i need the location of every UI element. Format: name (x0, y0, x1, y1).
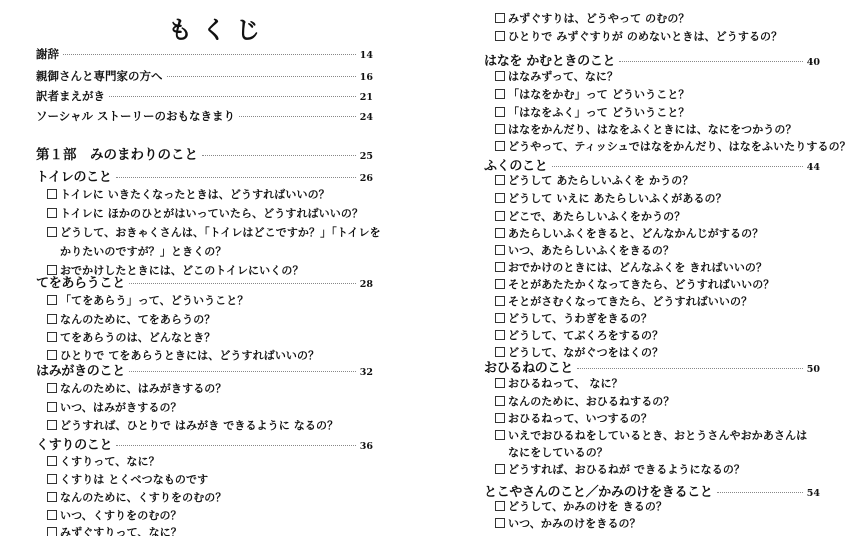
checkbox-icon[interactable] (495, 262, 505, 272)
checkbox-icon[interactable] (495, 141, 505, 151)
checkbox-icon[interactable] (495, 279, 505, 289)
list-item[interactable]: はなみずって、なに？ (495, 68, 618, 84)
list-item[interactable]: おひるねって、 なに？ (495, 375, 623, 391)
dot-leader (577, 368, 803, 369)
list-item[interactable]: はなをかんだり、はなをふくときには、なにをつかうの？ (495, 121, 797, 137)
list-item[interactable]: どうすれば、おひるねが できるようになるの？ (495, 461, 745, 477)
toc-section-handwashing[interactable]: てをあらうこと 28 (36, 272, 373, 291)
list-item[interactable]: なんのために、てをあらうの？ (47, 311, 215, 327)
list-item[interactable]: いつ、くすりをのむの？ (47, 507, 182, 523)
section-label: はなを かむときのこと (484, 50, 615, 69)
list-item[interactable]: おでかけのときには、どんなふくを きればいいの？ (495, 259, 767, 275)
dot-leader (129, 283, 356, 284)
toc-label: 訳者まえがき (36, 88, 105, 104)
dot-leader (109, 96, 356, 97)
toc-entry-social-story-rules[interactable]: ソーシャル ストーリーのおもなきまり 24 (36, 108, 373, 124)
list-item[interactable]: あたらしいふくをきると、どんなかんじがするの？ (495, 225, 763, 241)
list-item[interactable]: どうやって、ティッシュではなをかんだり、はなをふいたりするの？ (495, 138, 851, 154)
list-item[interactable]: いえでおひるねをしているとき、おとうさんやおかあさんは (495, 427, 807, 443)
checkbox-icon[interactable] (495, 71, 505, 81)
page-number: 54 (807, 488, 820, 499)
checkbox-icon[interactable] (47, 189, 57, 199)
list-item[interactable]: なんのために、おひるねするの？ (495, 393, 675, 409)
page-number: 24 (360, 112, 373, 123)
dot-leader (116, 177, 356, 178)
checkbox-icon[interactable] (47, 492, 57, 502)
list-item[interactable]: どうして、おきゃくさんは、「トイレはどこですか？」「トイレを (47, 224, 381, 240)
list-item[interactable]: 「てをあらう」って、どういうこと？ (47, 292, 248, 308)
page-number: 28 (360, 279, 373, 290)
list-item-continuation: かりたいのですが？」ときくの？ (47, 243, 227, 259)
checkbox-icon[interactable] (495, 313, 505, 323)
page-number: 32 (360, 367, 373, 378)
dot-leader (116, 445, 356, 446)
checkbox-icon[interactable] (495, 378, 505, 388)
page-number: 21 (360, 92, 373, 103)
checkbox-icon[interactable] (495, 464, 505, 474)
section-label: おひるねのこと (484, 357, 573, 376)
page-number: 40 (807, 57, 820, 68)
checkbox-icon[interactable] (47, 295, 57, 305)
list-item[interactable]: そとがあたたかくなってきたら、どうすればいいの？ (495, 276, 774, 292)
toc-entry-for-parents[interactable]: 親御さんと専門家の方へ 16 (36, 68, 373, 84)
checkbox-icon[interactable] (495, 107, 505, 117)
list-item[interactable]: どこで、あたらしいふくをかうの？ (495, 208, 685, 224)
dot-leader (129, 371, 356, 372)
toc-part-1[interactable]: 第１部 みのまわりのこと 25 (36, 143, 373, 163)
checkbox-icon[interactable] (495, 193, 505, 203)
checkbox-icon[interactable] (47, 456, 57, 466)
left-page: もくじ 謝辞 14 親御さんと専門家の方へ 16 訳者まえがき 21 ソーシャル… (0, 0, 428, 536)
toc-section-nose-blowing[interactable]: はなを かむときのこと 40 (484, 50, 820, 69)
checkbox-icon[interactable] (495, 296, 505, 306)
dot-leader (63, 54, 356, 55)
checkbox-icon[interactable] (47, 420, 57, 430)
checkbox-icon[interactable] (47, 474, 57, 484)
part-label: 第１部 みのまわりのこと (36, 143, 198, 163)
list-item-continuation: なにをしているの？ (495, 444, 608, 460)
checkbox-icon[interactable] (495, 347, 505, 357)
list-item[interactable]: なんのために、くすりをのむの？ (47, 489, 227, 505)
list-item[interactable]: てをあらうのは、どんなとき？ (47, 329, 215, 345)
toc-section-medicine[interactable]: くすりのこと 36 (36, 434, 373, 453)
checkbox-icon[interactable] (495, 228, 505, 238)
list-item[interactable]: どうすれば、ひとりで はみがき できるように なるの？ (47, 417, 338, 433)
checkbox-icon[interactable] (495, 501, 505, 511)
checkbox-icon[interactable] (495, 211, 505, 221)
checkbox-icon[interactable] (495, 124, 505, 134)
toc-entry-acknowledgements[interactable]: 謝辞 14 (36, 46, 373, 62)
list-item[interactable]: いつ、かみのけをきるの？ (495, 515, 641, 531)
page-number: 14 (360, 50, 373, 61)
list-item[interactable]: いつ、はみがきするの？ (47, 399, 182, 415)
toc-label: 謝辞 (36, 46, 59, 62)
checkbox-icon[interactable] (47, 402, 57, 412)
list-item[interactable]: どうして いえに あたらしいふくがあるの？ (495, 190, 727, 206)
checkbox-icon[interactable] (495, 413, 505, 423)
list-item[interactable]: どうして、かみのけを きるの？ (495, 498, 667, 514)
dot-leader (167, 76, 356, 77)
checkbox-icon[interactable] (47, 332, 57, 342)
list-item[interactable]: どうして あたらしいふくを かうの？ (495, 172, 693, 188)
checkbox-icon[interactable] (495, 430, 505, 440)
list-item[interactable]: どうして、うわぎをきるの？ (495, 310, 652, 326)
checkbox-icon[interactable] (47, 510, 57, 520)
list-item[interactable]: トイレに いきたくなったときは、どうすればいいの？ (47, 186, 330, 202)
dot-leader (202, 155, 356, 156)
checkbox-icon[interactable] (495, 89, 505, 99)
checkbox-icon[interactable] (47, 383, 57, 393)
checkbox-icon[interactable] (495, 518, 505, 528)
list-item[interactable]: くすりって、なに？ (47, 453, 160, 469)
checkbox-icon[interactable] (495, 330, 505, 340)
list-item[interactable]: 「はなをかむ」って どういうこと？ (495, 86, 690, 102)
section-label: くすりのこと (36, 434, 112, 453)
page-number: 25 (360, 151, 373, 162)
checkbox-icon[interactable] (495, 13, 505, 23)
toc-entry-translator-preface[interactable]: 訳者まえがき 21 (36, 88, 373, 104)
checkbox-icon[interactable] (47, 314, 57, 324)
checkbox-icon[interactable] (495, 396, 505, 406)
toc-section-toilet[interactable]: トイレのこと 26 (36, 166, 373, 185)
checkbox-icon[interactable] (47, 527, 57, 536)
list-item[interactable]: みずぐすりは、どうやって のむの？ (495, 10, 690, 26)
list-item[interactable]: ひとりで みずぐすりが のめないときは、どうするの？ (495, 28, 782, 44)
list-item[interactable]: 「はなをふく」って どういうこと？ (495, 104, 690, 120)
page-number: 50 (807, 364, 820, 375)
list-item[interactable]: いつ、あたらしいふくをきるの？ (495, 242, 674, 258)
checkbox-icon[interactable] (495, 245, 505, 255)
page-title: もくじ (0, 10, 428, 45)
list-item[interactable]: くすりは とくべつなものです (47, 471, 208, 487)
page-number: 16 (360, 72, 373, 83)
right-page: みずぐすりは、どうやって のむの？ ひとりで みずぐすりが のめないときは、どう… (428, 0, 856, 536)
page-number: 36 (360, 441, 373, 452)
dot-leader (717, 492, 803, 493)
list-item[interactable]: おひるねって、いつするの？ (495, 410, 652, 426)
page-number: 44 (807, 162, 820, 173)
checkbox-icon[interactable] (495, 31, 505, 41)
toc-section-nap[interactable]: おひるねのこと 50 (484, 357, 820, 376)
section-label: てをあらうこと (36, 272, 125, 291)
dot-leader (552, 166, 803, 167)
toc-label: 親御さんと専門家の方へ (36, 68, 163, 84)
dot-leader (239, 116, 356, 117)
checkbox-icon[interactable] (495, 175, 505, 185)
toc-section-toothbrushing[interactable]: はみがきのこと 32 (36, 360, 373, 379)
list-item[interactable]: そとがさむくなってきたら、どうすればいいの？ (495, 293, 752, 309)
section-label: はみがきのこと (36, 360, 125, 379)
dot-leader (619, 61, 803, 62)
list-item[interactable]: どうして、てぶくろをするの？ (495, 327, 663, 343)
page-number: 26 (360, 173, 373, 184)
section-label: トイレのこと (36, 166, 112, 185)
list-item[interactable]: みずぐすりって、なに？ (47, 524, 182, 536)
checkbox-icon[interactable] (47, 208, 57, 218)
checkbox-icon[interactable] (47, 227, 57, 237)
list-item[interactable]: なんのために、はみがきするの？ (47, 380, 227, 396)
list-item[interactable]: トイレに ほかのひとがはいっていたら、どうすればいいの？ (47, 205, 363, 221)
toc-label: ソーシャル ストーリーのおもなきまり (36, 108, 235, 124)
checkbox-icon[interactable] (47, 350, 57, 360)
